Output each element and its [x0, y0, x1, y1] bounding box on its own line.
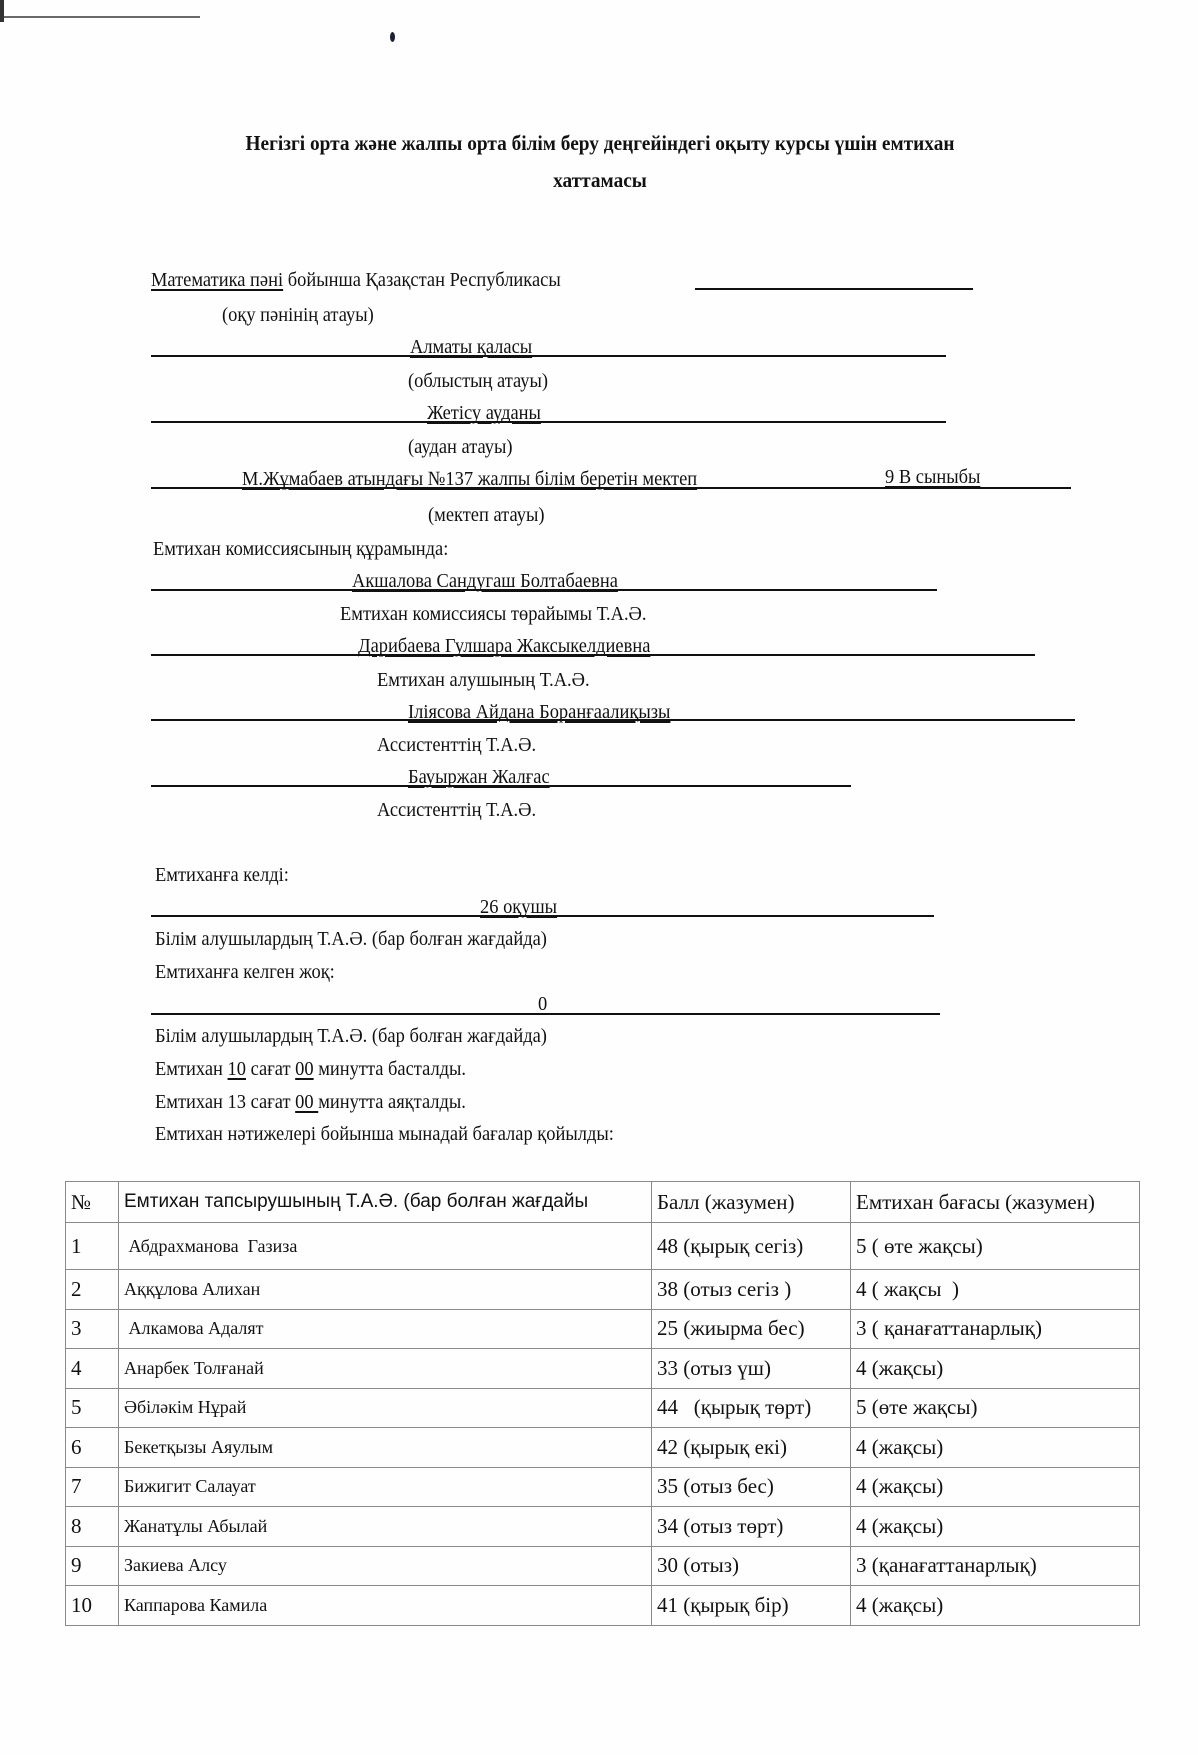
assistant2-caption: Ассистенттің Т.А.Ә. [377, 797, 536, 823]
exam-protocol-page: Негізгі орта және жалпы орта білім беру … [0, 0, 1198, 1755]
table-row: 3 Алкамова Адалят25 (жиырма бес)3 ( қана… [66, 1309, 1140, 1349]
absent-count: 0 [538, 991, 547, 1017]
attended-caption: Білім алушылардың Т.А.Ә. (бар болған жағ… [155, 926, 547, 952]
score-cell: 35 (отыз бес) [652, 1467, 851, 1507]
grade-cell: 3 ( қанағаттанарлық) [851, 1309, 1140, 1349]
row-number: 8 [66, 1507, 119, 1547]
grade-cell: 4 (жақсы) [851, 1586, 1140, 1626]
results-table: № Емтихан тапсырушының Т.А.Ә. (бар болға… [65, 1181, 1140, 1626]
table-header-row: № Емтихан тапсырушының Т.А.Ә. (бар болға… [66, 1182, 1140, 1223]
score-cell: 48 (қырық сегіз) [652, 1223, 851, 1270]
scan-artifact [0, 16, 200, 18]
row-number: 4 [66, 1349, 119, 1389]
row-number: 1 [66, 1223, 119, 1270]
subject-country: бойынша Қазақстан Республикасы [283, 269, 561, 291]
absent-caption: Білім алушылардың Т.А.Ә. (бар болған жағ… [155, 1023, 547, 1049]
student-name: Каппарова Камила [119, 1586, 652, 1626]
end-prefix: Емтихан 13 сағат [155, 1091, 295, 1113]
underline [151, 421, 946, 423]
score-cell: 38 (отыз сегіз ) [652, 1270, 851, 1310]
grade-cell: 4 ( жақсы ) [851, 1270, 1140, 1310]
row-number: 5 [66, 1388, 119, 1428]
student-name: Аққұлова Алихан [119, 1270, 652, 1310]
examiner-name: Дарибаева Гулшара Жаксыкелдиевна [358, 633, 650, 659]
table-row: 2Аққұлова Алихан38 (отыз сегіз )4 ( жақс… [66, 1270, 1140, 1310]
grade-cell: 5 ( өте жақсы) [851, 1223, 1140, 1270]
student-name: Бекетқызы Аяулым [119, 1428, 652, 1468]
table-row: 4Анарбек Толғанай33 (отыз үш)4 (жақсы) [66, 1349, 1140, 1389]
header-grade: Емтихан бағасы (жазумен) [851, 1182, 1140, 1223]
document-title: Негізгі орта және жалпы орта білім беру … [158, 123, 1041, 163]
region-caption: (облыстың атауы) [408, 368, 548, 394]
table-row: 8Жанатұлы Абылай34 (отыз төрт)4 (жақсы) [66, 1507, 1140, 1547]
chair-caption: Емтихан комиссиясы төрайымы Т.А.Ә. [340, 601, 646, 627]
start-minute: 00 [295, 1058, 313, 1080]
attended-label: Емтиханға келді: [155, 862, 289, 888]
header-student-name: Емтихан тапсырушының Т.А.Ә. (бар болған … [119, 1182, 652, 1223]
assistant2-name: Бауыржан Жалғас [408, 764, 550, 790]
assistant1-caption: Ассистенттің Т.А.Ә. [377, 732, 536, 758]
row-number: 7 [66, 1467, 119, 1507]
score-cell: 42 (қырық екі) [652, 1428, 851, 1468]
score-cell: 41 (қырық бір) [652, 1586, 851, 1626]
score-cell: 33 (отыз үш) [652, 1349, 851, 1389]
row-number: 9 [66, 1546, 119, 1586]
results-intro: Емтихан нәтижелері бойынша мынадай бағал… [155, 1121, 614, 1147]
grade-cell: 5 (өте жақсы) [851, 1388, 1140, 1428]
student-name: Бижигит Салауат [119, 1467, 652, 1507]
start-hour: 10 [228, 1058, 246, 1080]
start-suffix: минутта басталды. [314, 1058, 466, 1080]
end-suffix: минутта аяқталды. [318, 1091, 466, 1113]
grade-cell: 4 (жақсы) [851, 1467, 1140, 1507]
underline [151, 355, 946, 357]
grade-cell: 3 (қанағаттанарлық) [851, 1546, 1140, 1586]
student-name: Абдрахманова Газиза [119, 1223, 652, 1270]
document-title-continued: хаттамасы [158, 160, 1041, 200]
exam-start-time: Емтихан 10 сағат 00 минутта басталды. [155, 1056, 466, 1082]
student-name: Анарбек Толғанай [119, 1349, 652, 1389]
row-number: 3 [66, 1309, 119, 1349]
end-minute: 00 [295, 1091, 318, 1113]
attended-count: 26 оқушы [480, 894, 557, 920]
table-row: 7Бижигит Салауат35 (отыз бес)4 (жақсы) [66, 1467, 1140, 1507]
scan-artifact [0, 0, 4, 22]
assistant1-name: Іліясова Айдана Боранғаалиқызы [408, 699, 670, 725]
commission-label: Емтихан комиссиясының құрамында: [153, 536, 448, 562]
table-row: 6Бекетқызы Аяулым42 (қырық екі)4 (жақсы) [66, 1428, 1140, 1468]
student-name: Алкамова Адалят [119, 1309, 652, 1349]
grade-cell: 4 (жақсы) [851, 1428, 1140, 1468]
score-cell: 30 (отыз) [652, 1546, 851, 1586]
row-number: 6 [66, 1428, 119, 1468]
scan-artifact [390, 32, 395, 42]
underline [695, 288, 973, 290]
header-score: Балл (жазумен) [652, 1182, 851, 1223]
score-cell: 44 (қырық төрт) [652, 1388, 851, 1428]
school-value: М.Жұмабаев атындағы №137 жалпы білім бер… [242, 466, 697, 492]
score-cell: 34 (отыз төрт) [652, 1507, 851, 1547]
table-row: 10Каппарова Камила41 (қырық бір)4 (жақсы… [66, 1586, 1140, 1626]
subject-name: Математика пәні [151, 269, 283, 291]
district-value: Жетісу ауданы [427, 400, 541, 426]
absent-label: Емтиханға келген жоқ: [155, 959, 335, 985]
table-row: 5Әбіләкім Нұрай44 (қырық төрт)5 (өте жақ… [66, 1388, 1140, 1428]
school-caption: (мектеп атауы) [428, 502, 544, 528]
table-row: 9Закиева Алсу30 (отыз)3 (қанағаттанарлық… [66, 1546, 1140, 1586]
student-name: Жанатұлы Абылай [119, 1507, 652, 1547]
subject-caption: (оқу пәнінің атауы) [222, 302, 374, 328]
examiner-caption: Емтихан алушының Т.А.Ә. [377, 667, 590, 693]
student-name: Әбіләкім Нұрай [119, 1388, 652, 1428]
chair-name: Акшалова Сандугаш Болтабаевна [352, 568, 618, 594]
grade-cell: 4 (жақсы) [851, 1507, 1140, 1547]
district-caption: (аудан атауы) [408, 434, 513, 460]
grade-cell: 4 (жақсы) [851, 1349, 1140, 1389]
start-mid: сағат [246, 1058, 295, 1080]
header-number: № [66, 1182, 119, 1223]
start-prefix: Емтихан [155, 1058, 228, 1080]
class-value: 9 В сыныбы [885, 464, 980, 490]
table-row: 1 Абдрахманова Газиза48 (қырық сегіз)5 (… [66, 1223, 1140, 1270]
score-cell: 25 (жиырма бес) [652, 1309, 851, 1349]
row-number: 2 [66, 1270, 119, 1310]
region-value: Алматы қаласы [410, 334, 532, 360]
exam-end-time: Емтихан 13 сағат 00 минутта аяқталды. [155, 1089, 466, 1115]
row-number: 10 [66, 1586, 119, 1626]
student-name: Закиева Алсу [119, 1546, 652, 1586]
subject-line: Математика пәні бойынша Қазақстан Респуб… [151, 267, 561, 293]
